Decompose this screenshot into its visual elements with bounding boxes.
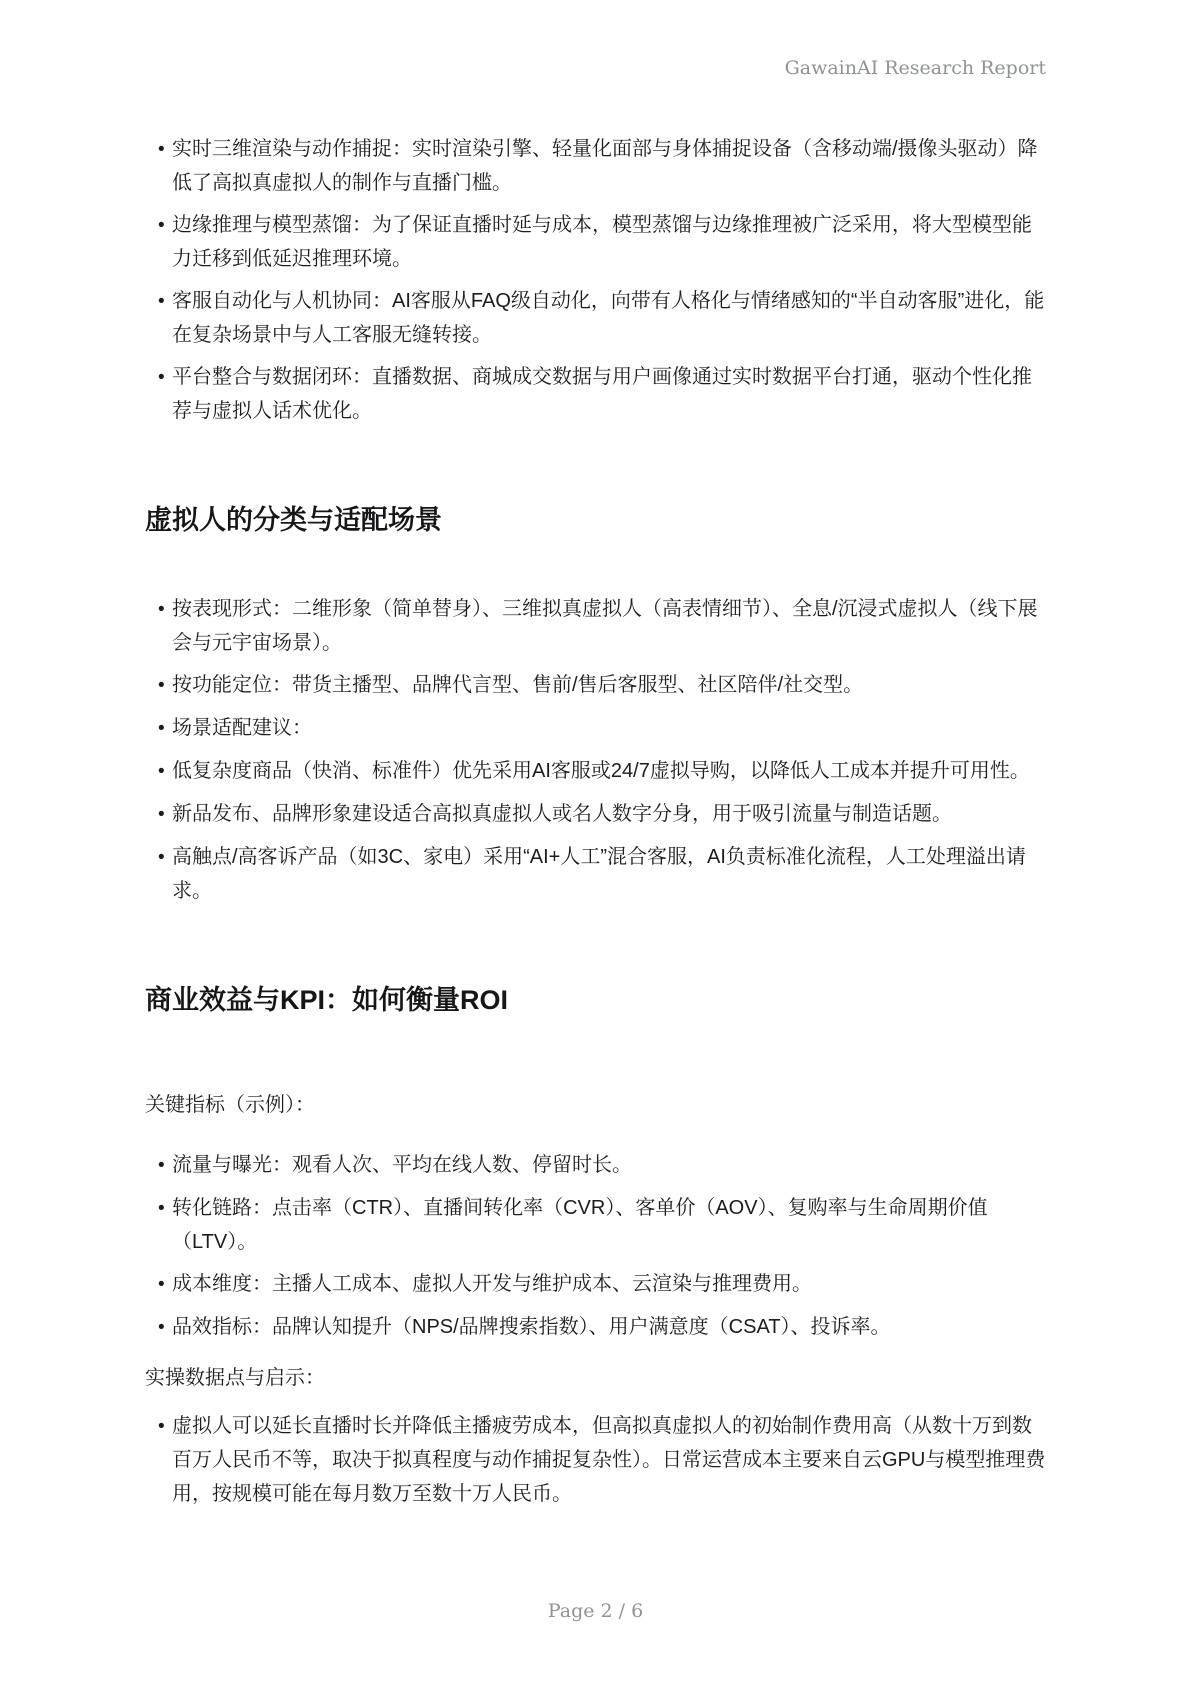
- page-content: 实时三维渲染与动作捕捉：实时渲染引擎、轻量化面部与身体捕捉设备（含移动端/摄像头…: [145, 132, 1046, 1511]
- list-item: 低复杂度商品（快消、标准件）优先采用AI客服或24/7虚拟导购，以降低人工成本并…: [145, 754, 1046, 789]
- insights-list: 虚拟人可以延长直播时长并降低主播疲劳成本，但高拟真虚拟人的初始制作费用高（从数十…: [145, 1409, 1046, 1511]
- list-item-text: 成本维度：主播人工成本、虚拟人开发与维护成本、云渲染与推理费用。: [172, 1267, 1046, 1302]
- list-item: 流量与曝光：观看人次、平均在线人数、停留时长。: [145, 1148, 1046, 1183]
- section-title-classification: 虚拟人的分类与适配场景: [145, 502, 1046, 538]
- insights-intro-paragraph: 实操数据点与启示：: [145, 1361, 1046, 1395]
- bullet-dot-icon: [145, 360, 172, 428]
- list-item-text: 按功能定位：带货主播型、品牌代言型、售前/售后客服型、社区陪伴/社交型。: [172, 668, 1046, 703]
- bullet-dot-icon: [145, 132, 172, 200]
- list-item: 按表现形式：二维形象（简单替身）、三维拟真虚拟人（高表情细节）、全息/沉浸式虚拟…: [145, 592, 1046, 660]
- list-item-text: 实时三维渲染与动作捕捉：实时渲染引擎、轻量化面部与身体捕捉设备（含移动端/摄像头…: [172, 132, 1046, 200]
- list-item-text: 边缘推理与模型蒸馏：为了保证直播时延与成本，模型蒸馏与边缘推理被广泛采用，将大型…: [172, 208, 1046, 276]
- list-item-text: 低复杂度商品（快消、标准件）优先采用AI客服或24/7虚拟导购，以降低人工成本并…: [172, 754, 1046, 789]
- list-item: 边缘推理与模型蒸馏：为了保证直播时延与成本，模型蒸馏与边缘推理被广泛采用，将大型…: [145, 208, 1046, 276]
- list-item: 转化链路：点击率（CTR）、直播间转化率（CVR）、客单价（AOV）、复购率与生…: [145, 1191, 1046, 1259]
- bullet-dot-icon: [145, 797, 172, 832]
- list-item-text: 转化链路：点击率（CTR）、直播间转化率（CVR）、客单价（AOV）、复购率与生…: [172, 1191, 1046, 1259]
- list-item: 高触点/高客诉产品（如3C、家电）采用“AI+人工”混合客服，AI负责标准化流程…: [145, 840, 1046, 908]
- list-item-text: 新品发布、品牌形象建设适合高拟真虚拟人或名人数字分身，用于吸引流量与制造话题。: [172, 797, 1046, 832]
- bullet-dot-icon: [145, 1310, 172, 1345]
- list-item: 客服自动化与人机协同：AI客服从FAQ级自动化，向带有人格化与情绪感知的“半自动…: [145, 284, 1046, 352]
- kpi-list: 流量与曝光：观看人次、平均在线人数、停留时长。 转化链路：点击率（CTR）、直播…: [145, 1148, 1046, 1345]
- section-title-kpi: 商业效益与KPI：如何衡量ROI: [145, 982, 1046, 1018]
- list-item-text: 高触点/高客诉产品（如3C、家电）采用“AI+人工”混合客服，AI负责标准化流程…: [172, 840, 1046, 908]
- bullet-dot-icon: [145, 754, 172, 789]
- bullet-dot-icon: [145, 1409, 172, 1511]
- bullet-dot-icon: [145, 592, 172, 660]
- list-item-text: 品效指标：品牌认知提升（NPS/品牌搜索指数）、用户满意度（CSAT）、投诉率。: [172, 1310, 1046, 1345]
- list-item: 新品发布、品牌形象建设适合高拟真虚拟人或名人数字分身，用于吸引流量与制造话题。: [145, 797, 1046, 832]
- list-item: 场景适配建议：: [145, 711, 1046, 746]
- bullet-dot-icon: [145, 711, 172, 746]
- list-item-text: 虚拟人可以延长直播时长并降低主播疲劳成本，但高拟真虚拟人的初始制作费用高（从数十…: [172, 1409, 1046, 1511]
- list-item-text: 客服自动化与人机协同：AI客服从FAQ级自动化，向带有人格化与情绪感知的“半自动…: [172, 284, 1046, 352]
- bullet-dot-icon: [145, 668, 172, 703]
- bullet-dot-icon: [145, 1191, 172, 1259]
- list-item: 平台整合与数据闭环：直播数据、商城成交数据与用户画像通过实时数据平台打通，驱动个…: [145, 360, 1046, 428]
- list-item: 虚拟人可以延长直播时长并降低主播疲劳成本，但高拟真虚拟人的初始制作费用高（从数十…: [145, 1409, 1046, 1511]
- list-item-text: 流量与曝光：观看人次、平均在线人数、停留时长。: [172, 1148, 1046, 1183]
- list-item-text: 按表现形式：二维形象（简单替身）、三维拟真虚拟人（高表情细节）、全息/沉浸式虚拟…: [172, 592, 1046, 660]
- tech-trends-list: 实时三维渲染与动作捕捉：实时渲染引擎、轻量化面部与身体捕捉设备（含移动端/摄像头…: [145, 132, 1046, 428]
- list-item-text: 平台整合与数据闭环：直播数据、商城成交数据与用户画像通过实时数据平台打通，驱动个…: [172, 360, 1046, 428]
- bullet-dot-icon: [145, 1148, 172, 1183]
- bullet-dot-icon: [145, 840, 172, 908]
- classification-list: 按表现形式：二维形象（简单替身）、三维拟真虚拟人（高表情细节）、全息/沉浸式虚拟…: [145, 592, 1046, 908]
- bullet-dot-icon: [145, 284, 172, 352]
- report-page: GawainAI Research Report 实时三维渲染与动作捕捉：实时渲…: [0, 0, 1191, 1684]
- list-item-text: 场景适配建议：: [172, 711, 1046, 746]
- report-header-title: GawainAI Research Report: [785, 57, 1046, 79]
- list-item: 按功能定位：带货主播型、品牌代言型、售前/售后客服型、社区陪伴/社交型。: [145, 668, 1046, 703]
- list-item: 品效指标：品牌认知提升（NPS/品牌搜索指数）、用户满意度（CSAT）、投诉率。: [145, 1310, 1046, 1345]
- page-number: Page 2 / 6: [0, 1600, 1191, 1622]
- bullet-dot-icon: [145, 208, 172, 276]
- bullet-dot-icon: [145, 1267, 172, 1302]
- kpi-intro-paragraph: 关键指标（示例）：: [145, 1088, 1046, 1122]
- list-item: 成本维度：主播人工成本、虚拟人开发与维护成本、云渲染与推理费用。: [145, 1267, 1046, 1302]
- list-item: 实时三维渲染与动作捕捉：实时渲染引擎、轻量化面部与身体捕捉设备（含移动端/摄像头…: [145, 132, 1046, 200]
